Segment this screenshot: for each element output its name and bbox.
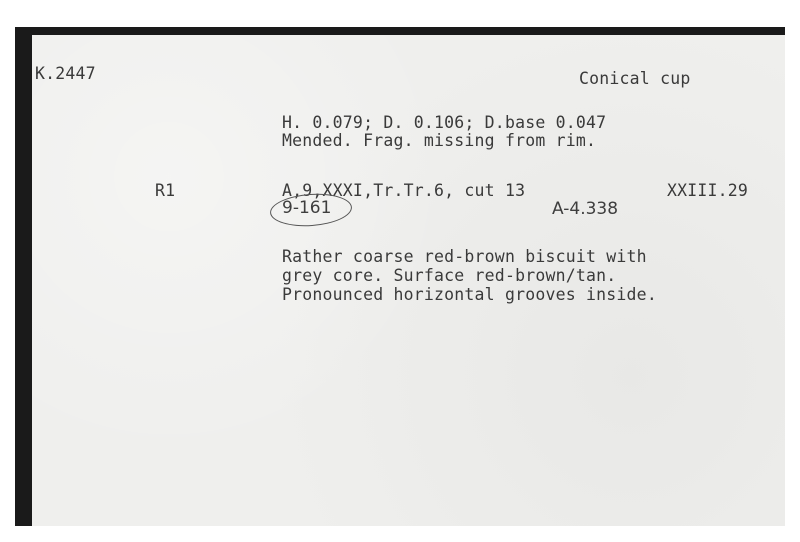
description-line-1: Rather coarse red-brown biscuit with — [282, 248, 647, 266]
card-left-border — [15, 27, 32, 526]
class-code: R1 — [155, 182, 175, 200]
dimensions: H. 0.079; D. 0.106; D.base 0.047 — [282, 114, 606, 132]
photo-reference: A-4.338 — [552, 200, 618, 218]
description-line-3: Pronounced horizontal grooves inside. — [282, 286, 657, 304]
description-line-2: grey core. Surface red-brown/tan. — [282, 267, 616, 285]
object-type: Conical cup — [579, 70, 690, 88]
inventory-number-circled: 9-161 — [282, 199, 331, 217]
catalog-number: K.2447 — [35, 65, 96, 83]
scanned-catalog-card: K.2447 Conical cup H. 0.079; D. 0.106; D… — [0, 0, 800, 542]
condition: Mended. Frag. missing from rim. — [282, 132, 596, 150]
card-top-border — [15, 27, 785, 35]
plate-reference: XXIII.29 — [667, 182, 748, 200]
